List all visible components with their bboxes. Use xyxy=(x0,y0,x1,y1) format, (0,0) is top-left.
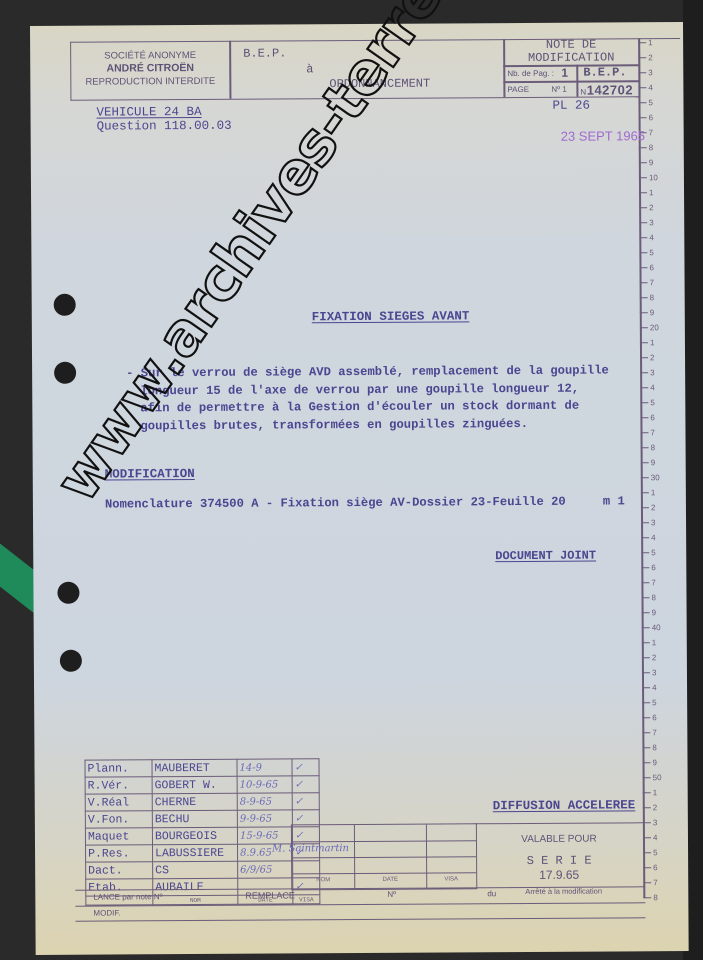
col-visa: VISA xyxy=(293,895,320,904)
extra-signature-table: M. Saintmartin NOM DATE VISA xyxy=(291,823,477,890)
date: 14-9 xyxy=(237,759,292,776)
visa: ✓ xyxy=(292,793,319,810)
col-visa: VISA xyxy=(426,876,476,882)
remplace-label: REMPLACE xyxy=(245,890,295,900)
date: 9-9-65 xyxy=(237,810,292,827)
to-word: à xyxy=(306,62,313,76)
no-label: Nº xyxy=(387,890,396,899)
col-nom: NOM xyxy=(153,895,238,905)
note-title: NOTE DE MODIFICATION xyxy=(503,38,639,65)
modification-note-document: 1234567891012345678920123456789301234567… xyxy=(30,22,689,955)
page-label: PAGE xyxy=(507,85,529,94)
lance-label: LANCE par note Nº xyxy=(93,892,162,901)
role: Dact. xyxy=(86,862,153,879)
validity-label: VALABLE POUR xyxy=(475,833,643,845)
signatures-table: Plann. MAUBERET 14-9 ✓R.Vér. GOBERT W. 1… xyxy=(84,758,320,905)
signature-row: V.Réal CHERNE 8-9-65 ✓ xyxy=(85,793,319,811)
signature-row: Plann. MAUBERET 14-9 ✓ xyxy=(85,759,319,777)
modif-label: MODIF. xyxy=(93,908,120,917)
name: BOURGEOIS xyxy=(152,827,237,845)
extra-signature-name: M. Saintmartin xyxy=(272,843,349,854)
visa: ✓ xyxy=(292,776,319,793)
date: 15-9-65 xyxy=(237,827,292,844)
punch-hole xyxy=(54,362,76,384)
name: LABUSSIERE xyxy=(153,844,238,862)
date: 8-9-65 xyxy=(237,793,292,810)
col-nom: NOM xyxy=(292,877,354,883)
punch-hole xyxy=(57,582,79,604)
note-title-2: MODIFICATION xyxy=(503,51,639,65)
col-date: DATE xyxy=(354,877,426,883)
serie-date: 17.9.65 xyxy=(475,867,643,882)
role: Plann. xyxy=(85,760,152,777)
body-line: goupilles brutes, transformées en goupil… xyxy=(126,415,609,435)
role: Maquet xyxy=(85,828,152,845)
company-name: ANDRÉ CITROËN xyxy=(106,62,194,75)
diffusion-label: DIFFUSION ACCELEREE xyxy=(493,798,636,813)
from-dept: B.E.P. xyxy=(243,46,286,60)
page-no: Nº 1 xyxy=(551,85,566,94)
name: CHERNE xyxy=(152,793,237,811)
nb-pages-label: Nb. de Pag. : xyxy=(507,69,554,78)
plate-ref: PL 26 xyxy=(552,99,590,113)
dept-code: B.E.P. xyxy=(583,65,626,79)
name: BECHU xyxy=(152,810,237,828)
body-line: afin de permettre à la Gestion d'écouler… xyxy=(126,397,609,417)
serie-label: S E R I E xyxy=(475,853,643,868)
nomenclature-suffix: m 1 xyxy=(603,494,625,508)
role: V.Fon. xyxy=(85,811,152,828)
date: 6/9/65 xyxy=(238,861,293,878)
nb-pages-value: 1 xyxy=(561,66,568,80)
role: V.Réal xyxy=(85,794,152,811)
nomenclature-line: Nomenclature 374500 A - Fixation siège A… xyxy=(105,495,566,512)
name: AUBAILE xyxy=(153,878,238,896)
company-line1: SOCIÉTÉ ANONYME xyxy=(71,49,229,63)
role: R.Vér. xyxy=(85,777,152,794)
name: GOBERT W. xyxy=(152,776,237,794)
role: P.Res. xyxy=(86,845,153,862)
punch-hole xyxy=(60,650,82,672)
du-label: du xyxy=(487,889,496,898)
body-text: - Sur le verrou de siège AVD assemblé, r… xyxy=(126,362,609,435)
name: MAUBERET xyxy=(152,759,237,777)
company-line3: REPRODUCTION INTERDITE xyxy=(71,75,229,89)
visa: ✓ xyxy=(292,759,319,776)
signature-row: Maquet BOURGEOIS 15-9-65 ✓ xyxy=(85,827,319,845)
validity-box: VALABLE POUR S E R I E 17.9.65 xyxy=(475,822,643,888)
punch-hole xyxy=(54,294,76,316)
arrete-label: Arrêté à la modification xyxy=(525,887,602,896)
document-title: FIXATION SIEGES AVANT xyxy=(312,309,470,324)
signature-row: R.Vér. GOBERT W. 10-9-65 ✓ xyxy=(85,776,319,794)
vehicle-label: VEHICULE 24 BA xyxy=(96,105,231,120)
document-joint: DOCUMENT JOINT xyxy=(495,549,596,564)
signature-row: Dact. CS 6/9/65 xyxy=(86,861,320,879)
note-number: N142702 xyxy=(580,82,633,97)
question-number: Question 118.00.03 xyxy=(97,119,232,134)
company-block: SOCIÉTÉ ANONYME ANDRÉ CITROËN REPRODUCTI… xyxy=(71,49,229,89)
signature-row: V.Fon. BECHU 9-9-65 ✓ xyxy=(85,810,319,828)
name: CS xyxy=(153,861,238,879)
date-stamp: 23 SEPT 1965 xyxy=(561,128,645,144)
right-ruler xyxy=(638,38,645,898)
vehicle-block: VEHICULE 24 BA Question 118.00.03 xyxy=(96,105,231,134)
date: 10-9-65 xyxy=(237,776,292,793)
